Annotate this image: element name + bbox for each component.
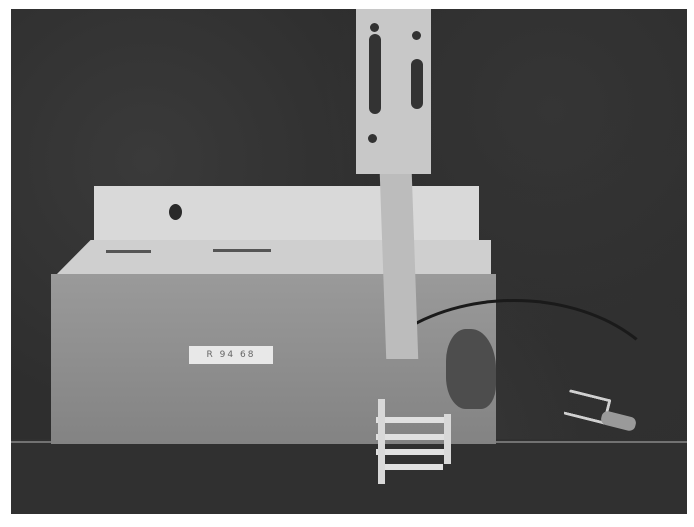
box-back-panel	[94, 186, 479, 248]
mounting-hole	[169, 204, 182, 220]
coil-winding	[376, 449, 446, 455]
coil-winding	[376, 434, 446, 440]
photograph: R 94 68	[11, 9, 687, 514]
coil-winding	[383, 464, 443, 470]
bracket-slot-left	[369, 34, 381, 114]
coil-post	[378, 399, 385, 484]
bracket-hole	[370, 23, 379, 32]
coil-winding	[376, 417, 446, 423]
bracket-slot-right	[411, 59, 423, 109]
serial-label: R 94 68	[189, 346, 273, 364]
mounting-bracket	[356, 9, 431, 174]
bracket-arm	[380, 174, 418, 359]
coil-post	[444, 414, 451, 464]
top-slot-left	[106, 250, 151, 253]
bracket-hole	[368, 134, 377, 143]
bracket-hole	[412, 31, 421, 40]
top-slot-right	[213, 249, 271, 252]
